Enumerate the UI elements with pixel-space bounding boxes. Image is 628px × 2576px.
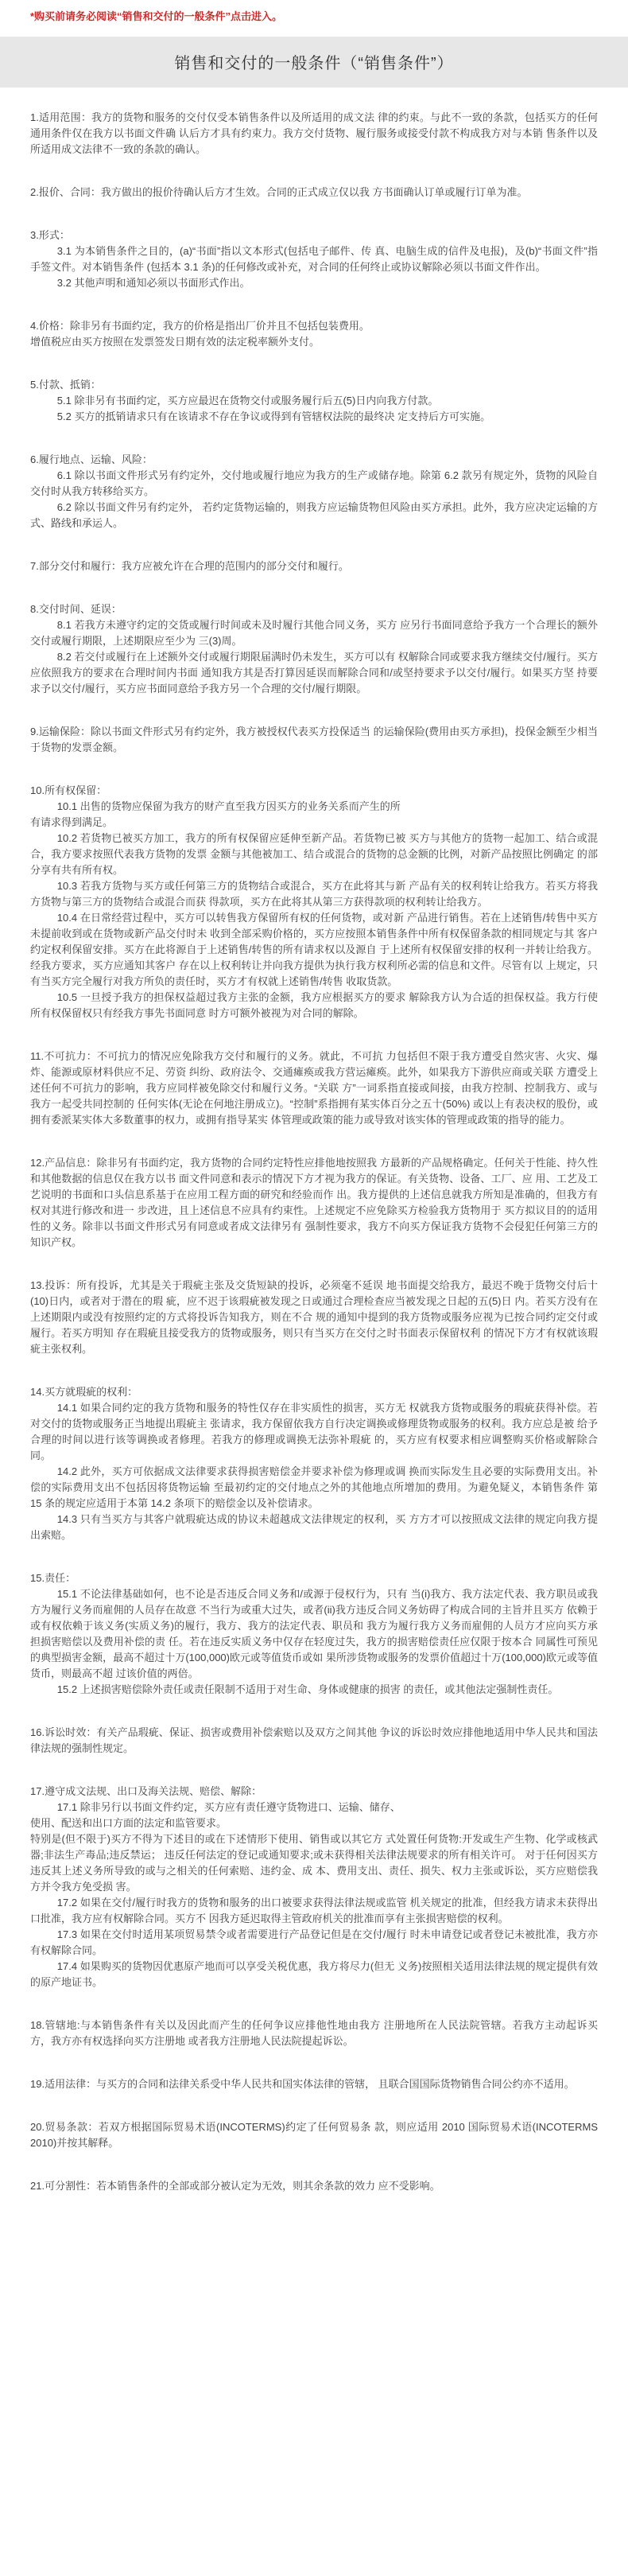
terms-paragraph: 3.形式：	[30, 228, 598, 243]
terms-paragraph: 13.投诉：所有投诉，尤其是关于瑕疵主张及交货短缺的投诉，必须毫不延误 地书面提…	[30, 1278, 598, 1357]
terms-paragraph: 6.履行地点、运输、风险：	[30, 452, 598, 468]
terms-paragraph: 14.1 如果合同约定的我方货物和服务的特性仅存在非实质性的损害，买方无 权就我…	[30, 1400, 598, 1464]
terms-paragraph: 6.1 除以书面文件形式另有约定外，交付地或履行地应为我方的生产或储存地。除第 …	[30, 468, 598, 500]
terms-section: 8.交付时间、延误：8.1 若我方未遵守约定的交货或履行时间或未及时履行其他合同…	[30, 601, 598, 697]
terms-section: 21.可分割性：若本销售条件的全部或部分被认定为无效，则其余条款的效力 应不受影…	[30, 2178, 598, 2194]
terms-section: 17.遵守成文法规、出口及海关法规、赔偿、解除：17.1 除非另行以书面文件约定…	[30, 1784, 598, 1990]
terms-paragraph: 15.责任：	[30, 1570, 598, 1586]
terms-section: 5.付款、抵销：5.1 除非另有书面约定，买方应最迟在货物交付或服务履行后五(5…	[30, 377, 598, 425]
terms-paragraph: 10.所有权保留：	[30, 783, 598, 799]
terms-paragraph: 3.1 为本销售条件之目的，(a)“书面”指以文本形式(包括电子邮件、传 真、电…	[30, 243, 598, 275]
terms-paragraph: 8.交付时间、延误：	[30, 601, 598, 617]
terms-paragraph: 7.部分交付和履行：我方应被允许在合理的范围内的部分交付和履行。	[30, 558, 598, 574]
terms-paragraph: 有请求得到满足。	[30, 815, 598, 831]
terms-paragraph: 3.2 其他声明和通知必须以书面形式作出。	[30, 275, 598, 291]
terms-content: 1.适用范围：我方的货物和服务的交付仅受本销售条件以及所适用的成文法 律的约束。…	[0, 88, 628, 2221]
terms-section: 10.所有权保留：10.1 出售的货物应保留为我方的财产直至我方因买方的业务关系…	[30, 783, 598, 1021]
terms-section: 15.责任：15.1 不论法律基础如何，也不论是否违反合同义务和/或源于侵权行为…	[30, 1570, 598, 1698]
terms-paragraph: 17.3 如果在交付时适用某项贸易禁令或者需要进行产品登记但是在交付/履行 时未…	[30, 1927, 598, 1959]
terms-section: 2.报价、合同：我方做出的报价待确认后方才生效。合同的正式成立仅以我 方书面确认…	[30, 185, 598, 200]
terms-section: 12.产品信息：除非另有书面约定，我方货物的合同约定特性应排他地按照我 方最新的…	[30, 1155, 598, 1251]
terms-paragraph: 增值税应由买方按照在发票签发日期有效的法定税率额外支付。	[30, 334, 598, 350]
terms-paragraph: 10.1 出售的货物应保留为我方的财产直至我方因买方的业务关系而产生的所	[30, 799, 598, 815]
terms-paragraph: 使用、配送和出口方面的法定和监管要求。	[30, 1815, 598, 1831]
terms-section: 18.管辖地:与本销售条件有关以及因此而产生的任何争议应排他性地由我方 注册地所…	[30, 2018, 598, 2049]
terms-paragraph: 10.4 在日常经营过程中，买方可以转售我方保留所有权的任何货物，或对新 产品进…	[30, 910, 598, 990]
terms-section: 11.不可抗力：不可抗力的情况应免除我方交付和履行的义务。就此，不可抗 力包括但…	[30, 1049, 598, 1128]
terms-paragraph: 9.运输保险：除以书面文件形式另有约定外，我方被授权代表买方投保适当 的运输保险…	[30, 724, 598, 756]
terms-paragraph: 8.1 若我方未遵守约定的交货或履行时间或未及时履行其他合同义务，买方 应另行书…	[30, 617, 598, 649]
terms-paragraph: 15.2 上述损害赔偿除外责任或责任限制不适用于对生命、身体或健康的损害 的责任…	[30, 1682, 598, 1698]
page-title: 销售和交付的一般条件（“销售条件”）	[0, 50, 628, 73]
terms-paragraph: 19.适用法律：与买方的合同和法律关系受中华人民共和国实体法律的管辖， 且联合国…	[30, 2076, 598, 2092]
terms-paragraph: 5.1 除非另有书面约定，买方应最迟在货物交付或服务履行后五(5)日内向我方付款…	[30, 393, 598, 409]
terms-section: 1.适用范围：我方的货物和服务的交付仅受本销售条件以及所适用的成文法 律的约束。…	[30, 110, 598, 158]
terms-page: *购买前请务必阅读“销售和交付的一般条件”点击进入。 销售和交付的一般条件（“销…	[0, 0, 628, 2221]
terms-paragraph: 20.贸易条款：若双方根据国际贸易术语(INCOTERMS)约定了任何贸易条 款…	[30, 2119, 598, 2151]
title-bar: 销售和交付的一般条件（“销售条件”）	[0, 37, 628, 88]
terms-paragraph: 特别是(但不限于)买方不得为下述目的或在下述情形下使用、销售或以其它方 式处置任…	[30, 1831, 598, 1895]
terms-paragraph: 10.2 若货物已被买方加工，我方的所有权保留应延伸至新产品。若货物已被 买方与…	[30, 831, 598, 878]
terms-paragraph: 17.4 如果购买的货物因优惠原产地而可以享受关税优惠，我方将尽力(但无 义务)…	[30, 1959, 598, 1990]
terms-paragraph: 8.2 若交付或履行在上述额外交付或履行期限届满时仍未发生，买方可以有 权解除合…	[30, 649, 598, 697]
terms-paragraph: 4.价格：除非另有书面约定，我方的价格是指出厂价并且不包括包装费用。	[30, 318, 598, 334]
terms-paragraph: 15.1 不论法律基础如何，也不论是否违反合同义务和/或源于侵权行为，只有 当(…	[30, 1586, 598, 1682]
terms-paragraph: 21.可分割性：若本销售条件的全部或部分被认定为无效，则其余条款的效力 应不受影…	[30, 2178, 598, 2194]
terms-paragraph: 10.3 若我方货物与买方或任何第三方的货物结合或混合，买方在此将其与新 产品有…	[30, 878, 598, 910]
terms-paragraph: 14.买方就瑕疵的权利：	[30, 1384, 598, 1400]
terms-section: 4.价格：除非另有书面约定，我方的价格是指出厂价并且不包括包装费用。增值税应由买…	[30, 318, 598, 350]
terms-section: 6.履行地点、运输、风险：6.1 除以书面文件形式另有约定外，交付地或履行地应为…	[30, 452, 598, 531]
terms-paragraph: 14.3 只有当买方与其客户就瑕疵达成的协议未超越成文法律规定的权利，买 方方才…	[30, 1512, 598, 1543]
terms-section: 14.买方就瑕疵的权利：14.1 如果合同约定的我方货物和服务的特性仅存在非实质…	[30, 1384, 598, 1543]
terms-paragraph: 12.产品信息：除非另有书面约定，我方货物的合同约定特性应排他地按照我 方最新的…	[30, 1155, 598, 1251]
terms-paragraph: 1.适用范围：我方的货物和服务的交付仅受本销售条件以及所适用的成文法 律的约束。…	[30, 110, 598, 158]
terms-section: 13.投诉：所有投诉，尤其是关于瑕疵主张及交货短缺的投诉，必须毫不延误 地书面提…	[30, 1278, 598, 1357]
purchase-notice-link[interactable]: *购买前请务必阅读“销售和交付的一般条件”点击进入。	[0, 0, 628, 37]
terms-paragraph: 17.遵守成文法规、出口及海关法规、赔偿、解除：	[30, 1784, 598, 1800]
terms-section: 19.适用法律：与买方的合同和法律关系受中华人民共和国实体法律的管辖， 且联合国…	[30, 2076, 598, 2092]
terms-paragraph: 17.2 如果在交付/履行时我方的货物和服务的出口被要求获得法律法规或监管 机关…	[30, 1895, 598, 1927]
terms-paragraph: 5.2 买方的抵销请求只有在该请求不存在争议或得到有管辖权法院的最终决 定支持后…	[30, 409, 598, 425]
terms-paragraph: 16.诉讼时效：有关产品瑕疵、保证、损害或费用补偿索赔以及双方之间其他 争议的诉…	[30, 1725, 598, 1757]
terms-section: 7.部分交付和履行：我方应被允许在合理的范围内的部分交付和履行。	[30, 558, 598, 574]
terms-section: 9.运输保险：除以书面文件形式另有约定外，我方被授权代表买方投保适当 的运输保险…	[30, 724, 598, 756]
terms-paragraph: 17.1 除非另行以书面文件约定，买方应有责任遵守货物进口、运输、储存、	[30, 1800, 598, 1815]
terms-section: 20.贸易条款：若双方根据国际贸易术语(INCOTERMS)约定了任何贸易条 款…	[30, 2119, 598, 2151]
terms-section: 16.诉讼时效：有关产品瑕疵、保证、损害或费用补偿索赔以及双方之间其他 争议的诉…	[30, 1725, 598, 1757]
terms-paragraph: 5.付款、抵销：	[30, 377, 598, 393]
terms-paragraph: 6.2 除以书面文件另有约定外， 若约定货物运输的，则我方应运输货物但风险由买方…	[30, 500, 598, 531]
terms-section: 3.形式：3.1 为本销售条件之目的，(a)“书面”指以文本形式(包括电子邮件、…	[30, 228, 598, 291]
terms-paragraph: 18.管辖地:与本销售条件有关以及因此而产生的任何争议应排他性地由我方 注册地所…	[30, 2018, 598, 2049]
terms-paragraph: 11.不可抗力：不可抗力的情况应免除我方交付和履行的义务。就此，不可抗 力包括但…	[30, 1049, 598, 1128]
terms-paragraph: 10.5 一旦授予我方的担保权益超过我方主张的金额，我方应根据买方的要求 解除我…	[30, 990, 598, 1021]
terms-paragraph: 2.报价、合同：我方做出的报价待确认后方才生效。合同的正式成立仅以我 方书面确认…	[30, 185, 598, 200]
terms-paragraph: 14.2 此外，买方可依据成文法律要求获得损害赔偿金并要求补偿为修理或调 换而实…	[30, 1464, 598, 1512]
